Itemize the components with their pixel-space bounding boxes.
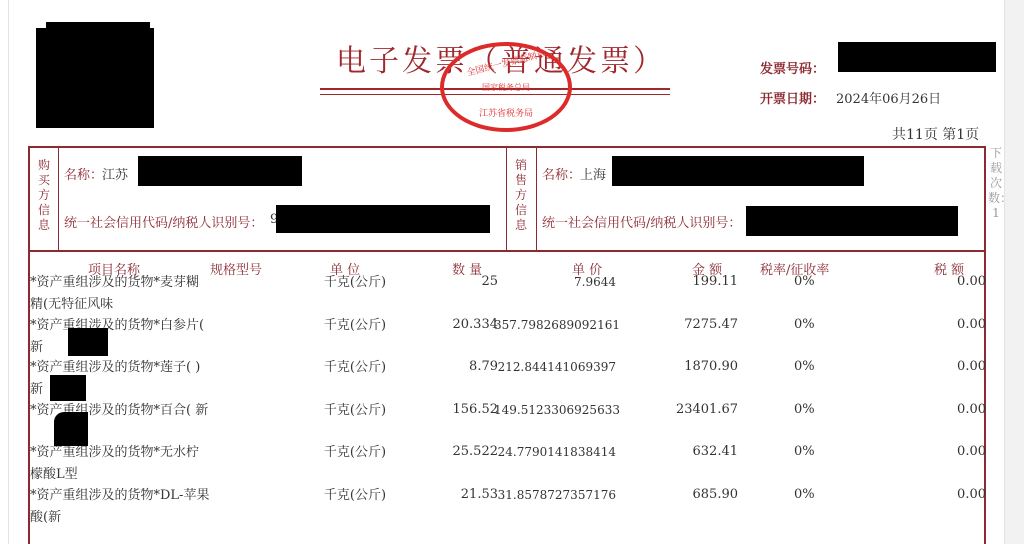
item-tax: 0.00: [957, 357, 986, 377]
qr-code-redaction: [36, 28, 154, 128]
item-amount: 632.41: [693, 442, 739, 462]
item-amount: 23401.67: [676, 400, 738, 420]
seller-section-label: 销售方信息: [510, 158, 532, 233]
buyer-name-redaction: [138, 156, 302, 186]
invoice-number-redaction: [838, 42, 996, 72]
item-unit: 千克(公斤): [320, 485, 390, 507]
item-unit-price: 212.844141069397: [494, 357, 616, 377]
item-amount: 685.90: [693, 485, 739, 505]
item-tax: 0.00: [957, 400, 986, 420]
item-tax-rate: 0%: [794, 272, 815, 292]
invoice-number-label: 发票号码：: [760, 58, 825, 77]
item-name-redaction: [50, 375, 86, 401]
item-tax-rate: 0%: [794, 357, 815, 377]
item-unit-price: 357.7982689092161: [494, 315, 616, 335]
item-tax: 0.00: [957, 442, 986, 462]
divider: [506, 148, 507, 250]
seller-name-label: 名称：: [542, 164, 581, 183]
item-quantity: 20.334: [453, 315, 499, 335]
seller-tax-id-redaction: [746, 206, 958, 236]
item-tax: 0.00: [957, 485, 986, 505]
item-name: *资产重组涉及的货物*白参片( 新: [30, 315, 210, 359]
item-name: *资产重组涉及的货物*DL-苹果酸(新: [30, 485, 210, 529]
buyer-name-label: 名称：: [64, 164, 103, 183]
item-name: *资产重组涉及的货物*无水柠檬酸L型: [30, 442, 210, 486]
item-tax-rate: 0%: [794, 315, 815, 335]
seal-bottom-text: 江苏省税务局: [444, 106, 568, 119]
item-amount: 1870.90: [684, 357, 738, 377]
header-quantity: 数 量: [452, 259, 482, 278]
item-quantity: 25.522: [453, 442, 499, 462]
page-edge: [8, 0, 9, 544]
item-unit-price: 24.7790141838414: [494, 442, 616, 462]
seal-middle-text: 国家税务总局: [444, 82, 568, 93]
page-info: 共11页 第1页: [892, 124, 979, 144]
qr-code-redaction: [46, 22, 150, 34]
buyer-name-value: 江苏: [102, 164, 128, 183]
item-quantity: 156.52: [453, 400, 499, 420]
item-name-redaction: [54, 412, 88, 446]
divider: [536, 148, 537, 250]
item-amount: 7275.47: [684, 315, 738, 335]
item-unit: 千克(公斤): [320, 357, 390, 379]
item-unit: 千克(公斤): [320, 272, 390, 294]
item-unit: 千克(公斤): [320, 400, 390, 422]
item-unit-price: 7.9644: [494, 272, 616, 292]
item-name: *资产重组涉及的货物*麦芽糊精(无特征风味: [30, 272, 210, 316]
seller-tax-id-label: 统一社会信用代码/纳税人识别号：: [542, 212, 741, 231]
official-seal: 全国统一发票监制章 国家税务总局 江苏省税务局: [440, 42, 572, 132]
item-tax: 0.00: [957, 315, 986, 335]
item-unit: 千克(公斤): [320, 315, 390, 337]
item-amount: 199.11: [693, 272, 739, 292]
item-unit-price: 31.8578727357176: [494, 485, 616, 505]
item-unit-price: 149.5123306925633: [494, 400, 616, 420]
item-quantity: 21.53: [461, 485, 498, 505]
divider: [28, 250, 986, 252]
divider: [58, 148, 59, 250]
buyer-tax-id-redaction: [276, 205, 490, 233]
item-tax-rate: 0%: [794, 400, 815, 420]
header-spec: 规格型号: [210, 259, 262, 278]
item-tax-rate: 0%: [794, 485, 815, 505]
buyer-section-label: 购买方信息: [33, 158, 55, 233]
item-unit: 千克(公斤): [320, 442, 390, 464]
download-count: 下载次数：1: [988, 146, 1004, 221]
issue-date-label: 开票日期：: [760, 88, 825, 107]
seal-top-text: 全国统一发票监制章: [456, 44, 556, 81]
seller-name-redaction: [612, 156, 864, 186]
issue-date-value: 2024年06月26日: [836, 88, 941, 107]
item-name-redaction: [68, 328, 108, 356]
item-tax: 0.00: [957, 272, 986, 292]
buyer-tax-id-label: 统一社会信用代码/纳税人识别号：: [64, 212, 263, 231]
seller-name-value: 上海: [580, 164, 606, 183]
item-tax-rate: 0%: [794, 442, 815, 462]
viewer-scroll-gutter[interactable]: [1004, 0, 1024, 544]
